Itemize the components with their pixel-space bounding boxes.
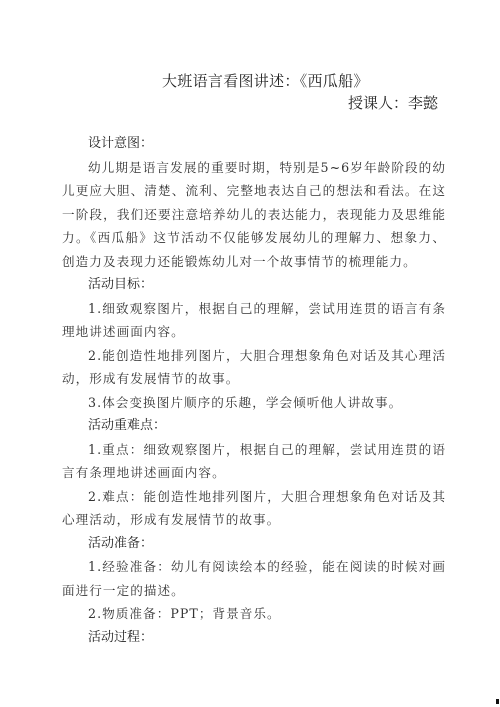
paragraph: 2.能创造性地排列图片，大胆合理想象角色对话及其心理活动，形成有发展情节的故事。 xyxy=(62,344,446,391)
paragraph: 1.重点：细致观察图片，根据自己的理解，尝试用连贯的语言有条理地讲述画面内容。 xyxy=(62,438,446,485)
section-heading: 活动重难点： xyxy=(62,414,446,438)
page-mark xyxy=(496,699,499,704)
section-heading: 设计意图： xyxy=(62,132,446,156)
section-process: 活动过程： xyxy=(62,626,446,650)
document-body: 设计意图： 幼儿期是语言发展的重要时期，特别是5~6岁年龄阶段的幼儿更应大胆、清… xyxy=(62,132,446,649)
section-activity-goals: 活动目标： 1.细致观察图片，根据自己的理解，尝试用连贯的语言有条理地讲述画面内… xyxy=(62,273,446,414)
section-key-points: 活动重难点： 1.重点：细致观察图片，根据自己的理解，尝试用连贯的语言有条理地讲… xyxy=(62,414,446,532)
paragraph: 幼儿期是语言发展的重要时期，特别是5~6岁年龄阶段的幼儿更应大胆、清楚、流利、完… xyxy=(62,156,446,274)
section-heading: 活动目标： xyxy=(62,273,446,297)
section-design-intent: 设计意图： 幼儿期是语言发展的重要时期，特别是5~6岁年龄阶段的幼儿更应大胆、清… xyxy=(62,132,446,273)
paragraph: 2.物质准备：PPT；背景音乐。 xyxy=(62,602,446,626)
paragraph: 2.难点：能创造性地排列图片，大胆合理想象角色对话及其心理活动，形成有发展情节的… xyxy=(62,485,446,532)
section-heading: 活动过程： xyxy=(62,626,446,650)
document-author: 授课人：李懿 xyxy=(348,92,438,113)
paragraph: 1.细致观察图片，根据自己的理解，尝试用连贯的语言有条理地讲述画面内容。 xyxy=(62,297,446,344)
paragraph: 1.经验准备：幼儿有阅读绘本的经验，能在阅读的时候对画面进行一定的描述。 xyxy=(62,555,446,602)
section-preparation: 活动准备： 1.经验准备：幼儿有阅读绘本的经验，能在阅读的时候对画面进行一定的描… xyxy=(62,532,446,626)
paragraph: 3.体会变换图片顺序的乐趣，学会倾听他人讲故事。 xyxy=(62,391,446,415)
section-heading: 活动准备： xyxy=(62,532,446,556)
document-title: 大班语言看图讲述：《西瓜船》 xyxy=(162,70,369,91)
